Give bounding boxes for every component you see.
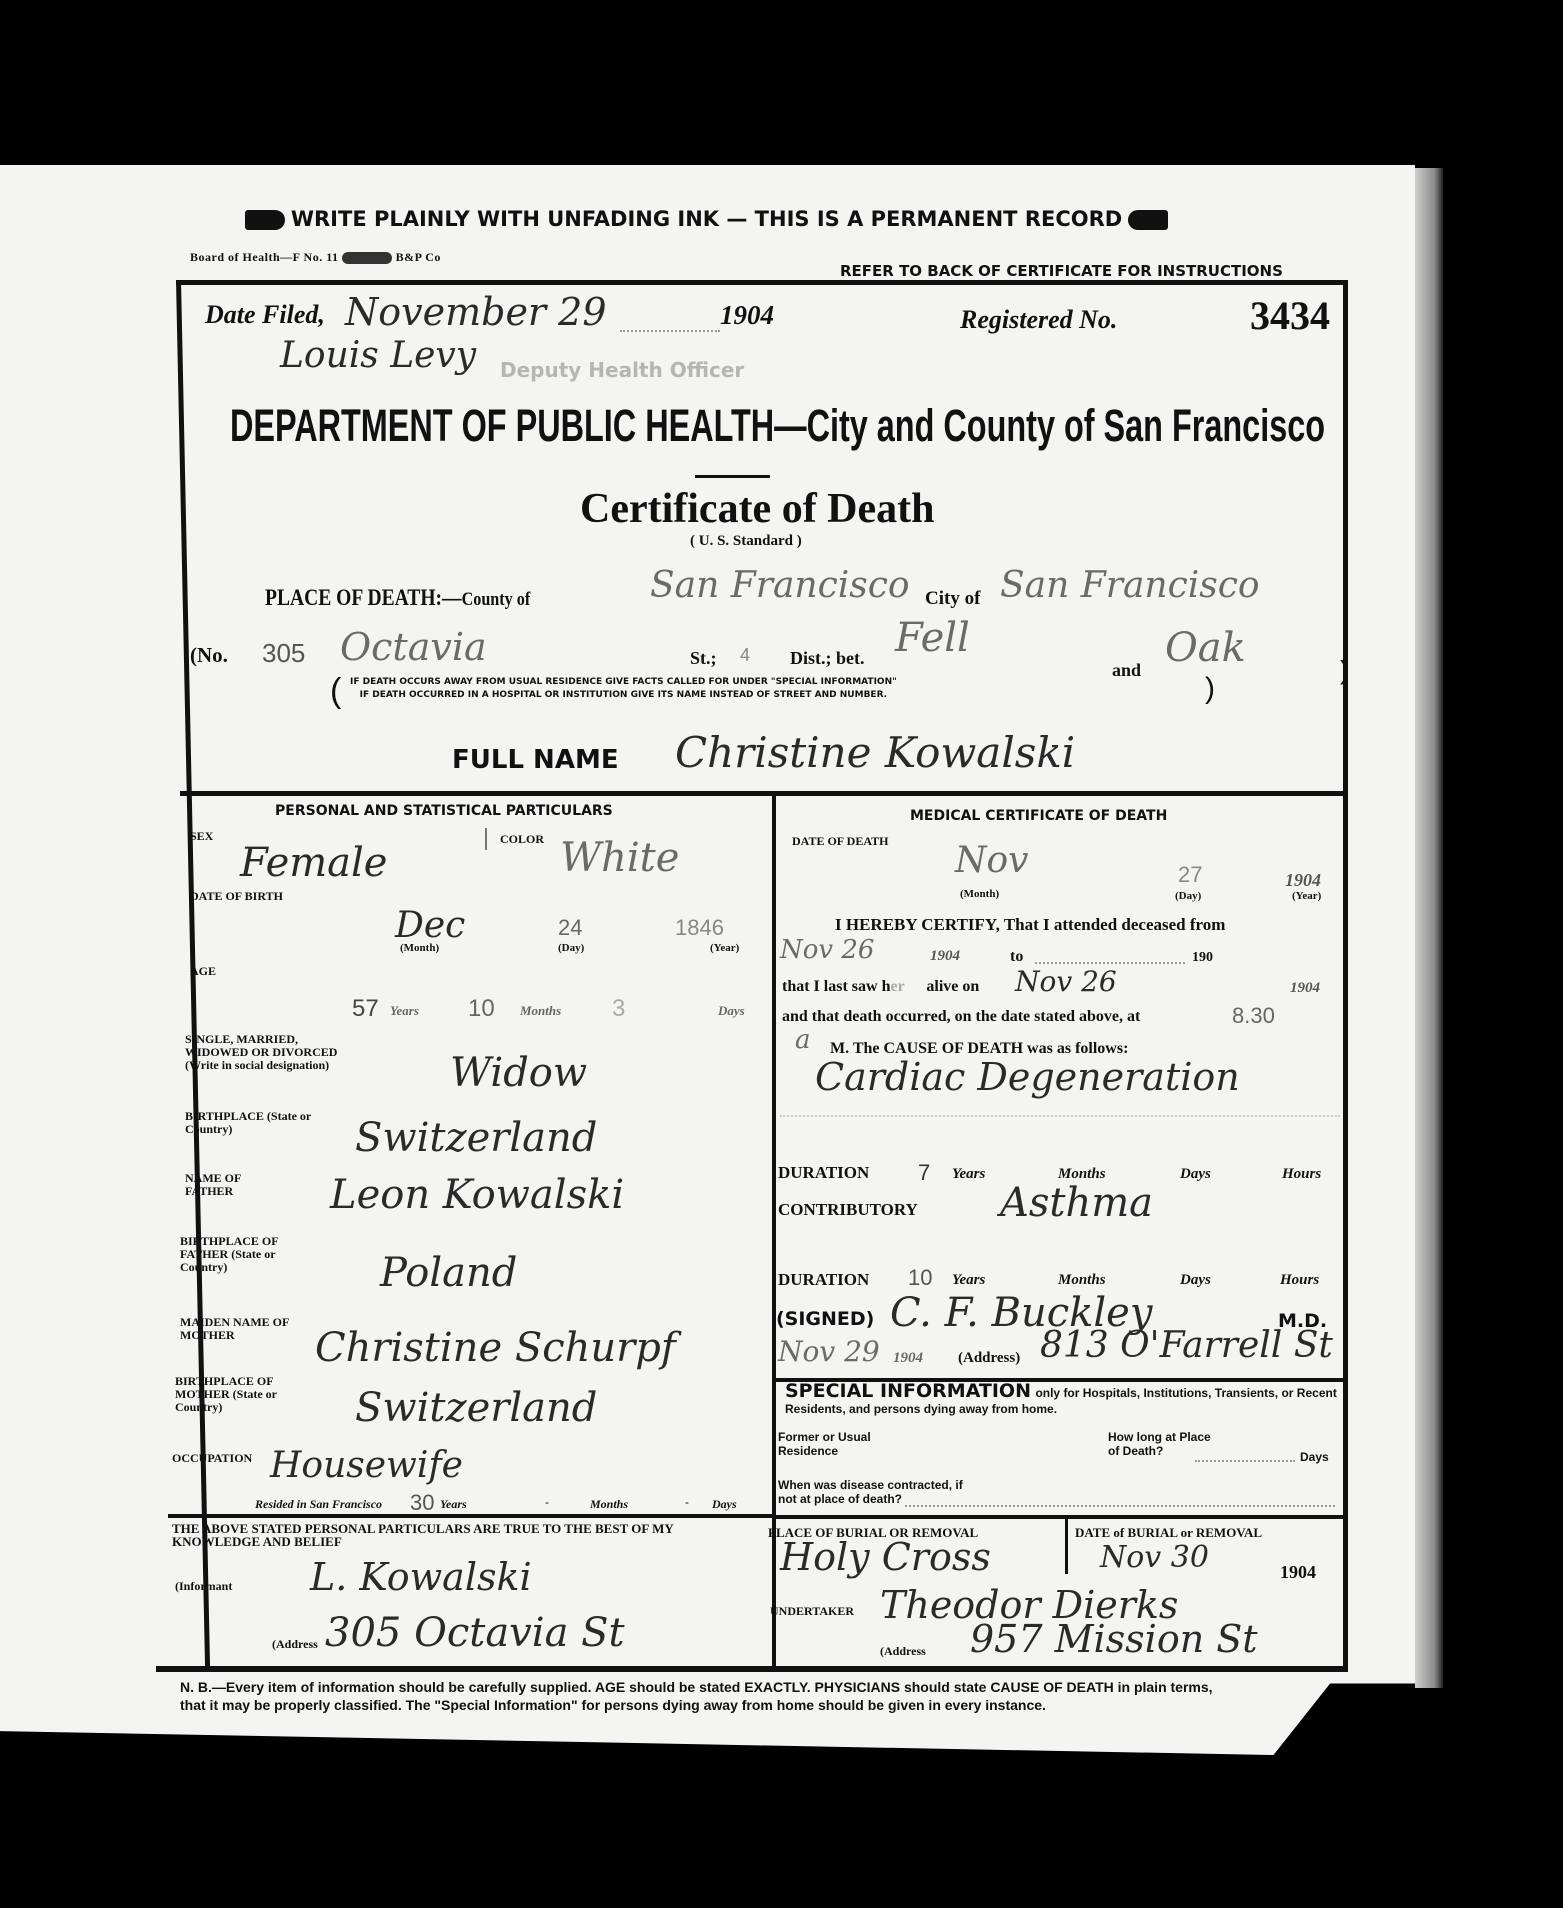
instructions-note: REFER TO BACK OF CERTIFICATE FOR INSTRUC… bbox=[840, 262, 1283, 280]
sex-value: Female bbox=[240, 840, 387, 886]
attended-from: Nov 26 bbox=[780, 935, 874, 965]
registered-number: 3434 bbox=[1250, 292, 1330, 339]
father-birthplace-value: Poland bbox=[380, 1250, 517, 1296]
month-caption: (Month) bbox=[400, 942, 439, 954]
former-residence-label: Former or Usual Residence bbox=[778, 1430, 888, 1458]
title-rule bbox=[695, 475, 770, 478]
personal-heading: PERSONAL AND STATISTICAL PARTICULARS bbox=[275, 803, 613, 819]
informant-address-label: (Address bbox=[272, 1638, 318, 1651]
duration2-unit-months: Months bbox=[1058, 1272, 1106, 1289]
burial-year: 1904 bbox=[1280, 1562, 1316, 1583]
mother-value: Christine Schurpf bbox=[315, 1325, 676, 1371]
burial-divider bbox=[776, 1515, 1346, 1519]
paren-close-2: ) bbox=[1205, 672, 1215, 706]
contracted-label: When was disease contracted, if not at p… bbox=[778, 1478, 978, 1506]
city-label: City of bbox=[925, 588, 980, 610]
duration-unit-days: Days bbox=[1180, 1166, 1211, 1183]
birthplace-value: Switzerland bbox=[355, 1115, 597, 1161]
duration2-unit-hours: Hours bbox=[1280, 1272, 1319, 1289]
resided-months: - bbox=[545, 1495, 549, 1509]
dod-year: 1904 bbox=[1285, 870, 1321, 891]
dob-month: Dec bbox=[395, 905, 465, 946]
paren-close: ) bbox=[1340, 655, 1349, 686]
duration2-years: 10 bbox=[908, 1265, 932, 1291]
form-id: Board of Health—F No. 11 B&P Co bbox=[190, 250, 441, 265]
section-divider bbox=[180, 791, 1345, 796]
years-caption: Years bbox=[390, 1003, 419, 1019]
fill-line bbox=[780, 1115, 1340, 1117]
fill-line bbox=[1195, 1460, 1295, 1462]
signed-label: (SIGNED) bbox=[776, 1308, 874, 1330]
dob-day: 24 bbox=[558, 915, 582, 941]
age-days: 3 bbox=[612, 995, 625, 1023]
special-days-label: Days bbox=[1300, 1450, 1329, 1464]
undertaker-address: 957 Mission St bbox=[970, 1617, 1258, 1661]
occurred-text: and that death occurred, on the date sta… bbox=[782, 1008, 1140, 1026]
street-no-label: (No. bbox=[190, 643, 228, 668]
page-edge-shadow bbox=[1415, 168, 1443, 1688]
county-value: San Francisco bbox=[650, 565, 910, 606]
date-filed-label: Date Filed, bbox=[205, 300, 325, 330]
last-saw-date: Nov 26 bbox=[1015, 965, 1117, 998]
duration-years: 7 bbox=[918, 1160, 930, 1186]
occupation-value: Housewife bbox=[270, 1445, 463, 1486]
father-label: NAME OF FATHER bbox=[185, 1172, 265, 1198]
certify-text: I HEREBY CERTIFY, That I attended deceas… bbox=[835, 915, 1225, 935]
marital-label: SINGLE, MARRIED, WIDOWED OR DIVORCED (Wr… bbox=[185, 1033, 345, 1072]
full-name-value: Christine Kowalski bbox=[675, 728, 1075, 777]
resided-days: - bbox=[685, 1495, 689, 1509]
day-caption: (Day) bbox=[558, 942, 584, 954]
signed-date: Nov 29 bbox=[778, 1335, 880, 1368]
fill-line bbox=[620, 330, 720, 332]
us-standard: ( U. S. Standard ) bbox=[690, 533, 802, 550]
sex-label: SEX bbox=[190, 830, 213, 843]
banner-text: WRITE PLAINLY WITH UNFADING INK — THIS I… bbox=[291, 207, 1122, 231]
street-name: Octavia bbox=[340, 625, 487, 669]
union-label-icon bbox=[342, 252, 392, 264]
father-birthplace-label: BIRTHPLACE OF FATHER (State or Country) bbox=[180, 1235, 320, 1274]
meridiem: a bbox=[795, 1025, 811, 1055]
age-months: 10 bbox=[468, 995, 495, 1023]
city-value: San Francisco bbox=[1000, 565, 1260, 606]
contributory-value: Asthma bbox=[1000, 1180, 1153, 1226]
mother-birthplace-label: BIRTHPLACE OF MOTHER (State or Country) bbox=[175, 1375, 305, 1414]
pointing-hand-icon bbox=[1128, 210, 1168, 230]
registered-label: Registered No. bbox=[960, 305, 1117, 335]
dod-day-caption: (Day) bbox=[1175, 890, 1201, 902]
informant-label: (Informant bbox=[175, 1580, 232, 1593]
burial-col-divider bbox=[1065, 1519, 1068, 1574]
duration-unit-years: Years bbox=[952, 1166, 985, 1183]
date-filed-year: 1904 bbox=[720, 300, 774, 331]
dob-year: 1846 bbox=[675, 915, 724, 941]
occupation-label: OCCUPATION bbox=[172, 1452, 252, 1465]
duration2-label: DURATION bbox=[778, 1270, 869, 1290]
mother-birthplace-value: Switzerland bbox=[355, 1385, 597, 1431]
informant-name: L. Kowalski bbox=[310, 1555, 532, 1599]
date-filed-value: November 29 bbox=[345, 290, 607, 334]
special-heading-block: SPECIAL INFORMATION only for Hospitals, … bbox=[785, 1383, 1340, 1417]
informant-address: 305 Octavia St bbox=[325, 1610, 625, 1656]
age-label: AGE bbox=[190, 965, 216, 978]
year-caption: (Year) bbox=[710, 942, 739, 954]
resided-days-caption: Days bbox=[712, 1497, 737, 1512]
special-heading: SPECIAL INFORMATION bbox=[785, 1380, 1031, 1402]
attended-from-year: 1904 bbox=[930, 948, 960, 965]
months-caption: Months bbox=[520, 1003, 561, 1019]
informant-divider bbox=[168, 1514, 774, 1518]
undertaker-address-label: (Address bbox=[880, 1645, 926, 1658]
department-title: DEPARTMENT OF PUBLIC HEALTH—City and Cou… bbox=[230, 400, 1325, 452]
duration2-unit-years: Years bbox=[952, 1272, 985, 1289]
frame-bottom bbox=[156, 1666, 1348, 1672]
days-caption: Days bbox=[718, 1003, 745, 1019]
resided-years: 30 bbox=[410, 1490, 434, 1516]
and-label: and bbox=[1112, 660, 1141, 681]
dod-day: 27 bbox=[1178, 862, 1202, 888]
burial-date: Nov 30 bbox=[1100, 1540, 1209, 1575]
duration2-unit-days: Days bbox=[1180, 1272, 1211, 1289]
signed-year: 1904 bbox=[893, 1350, 923, 1367]
place-instructions: IF DEATH OCCURS AWAY FROM USUAL RESIDENC… bbox=[350, 676, 897, 702]
burial-place: Holy Cross bbox=[780, 1535, 991, 1579]
physician-address: 813 O'Farrell St bbox=[1040, 1325, 1333, 1366]
duration-label: DURATION bbox=[778, 1163, 869, 1183]
dod-year-caption: (Year) bbox=[1292, 890, 1321, 902]
burial-date-label: DATE of BURIAL or REMOVAL bbox=[1075, 1526, 1262, 1539]
fill-line bbox=[1035, 962, 1185, 964]
color-value: White bbox=[560, 835, 679, 881]
birthplace-label: BIRTHPLACE (State or Country) bbox=[185, 1110, 335, 1136]
father-value: Leon Kowalski bbox=[330, 1172, 624, 1218]
color-label: COLOR bbox=[500, 833, 544, 846]
footer-note: N. B.—Every item of information should b… bbox=[180, 1678, 1240, 1714]
undertaker-label: UNDERTAKER bbox=[770, 1605, 854, 1618]
to-label: to bbox=[1010, 948, 1023, 966]
resided-label: Resided in San Francisco bbox=[255, 1497, 382, 1512]
physician-address-label: (Address) bbox=[958, 1350, 1020, 1367]
attended-to-year: 190 bbox=[1192, 950, 1213, 966]
street-no: 305 bbox=[262, 638, 305, 669]
contributory-label: CONTRIBUTORY bbox=[778, 1200, 918, 1220]
time-of-death: 8.30 bbox=[1232, 1003, 1275, 1029]
frame-right bbox=[1343, 280, 1348, 1670]
district-value: 4 bbox=[740, 645, 750, 666]
dod-month-caption: (Month) bbox=[960, 888, 999, 900]
frame-top bbox=[176, 280, 1348, 285]
full-name-label: FULL NAME bbox=[452, 745, 619, 775]
header-banner: WRITE PLAINLY WITH UNFADING INK — THIS I… bbox=[245, 207, 1168, 232]
informant-statement: THE ABOVE STATED PERSONAL PARTICULARS AR… bbox=[172, 1522, 752, 1548]
fill-line bbox=[905, 1505, 1335, 1507]
between-street-1: Fell bbox=[895, 615, 970, 661]
cause-of-death: Cardiac Degeneration bbox=[815, 1055, 1240, 1099]
dod-label: DATE OF DEATH bbox=[792, 835, 888, 848]
resided-years-caption: Years bbox=[440, 1497, 467, 1512]
district-label: Dist.; bet. bbox=[790, 648, 865, 669]
age-years: 57 bbox=[352, 995, 379, 1023]
how-long-label: How long at Place of Death? bbox=[1108, 1430, 1218, 1458]
last-saw-year: 1904 bbox=[1290, 980, 1320, 997]
duration-unit-hours: Hours bbox=[1282, 1166, 1321, 1183]
between-street-2: Oak bbox=[1165, 625, 1246, 671]
pointing-hand-icon bbox=[245, 210, 285, 230]
last-saw-label: that I last saw her alive on bbox=[782, 978, 979, 996]
dob-label: DATE OF BIRTH bbox=[190, 890, 283, 903]
medical-heading: MEDICAL CERTIFICATE OF DEATH bbox=[910, 808, 1167, 824]
paren-open: ( bbox=[330, 672, 341, 711]
street-label: St.; bbox=[690, 648, 717, 669]
mother-label: MAIDEN NAME OF MOTHER bbox=[180, 1316, 300, 1342]
marital-value: Widow bbox=[450, 1050, 587, 1096]
resided-months-caption: Months bbox=[590, 1497, 628, 1512]
dod-month: Nov bbox=[955, 840, 1029, 881]
officer-title-stamp: Deputy Health Officer bbox=[500, 358, 744, 382]
officer-signature: Louis Levy bbox=[280, 335, 476, 376]
field-separator bbox=[485, 828, 487, 850]
place-of-death-label: PLACE OF DEATH:—County of bbox=[265, 585, 530, 611]
certificate-title: Certificate of Death bbox=[580, 485, 935, 533]
